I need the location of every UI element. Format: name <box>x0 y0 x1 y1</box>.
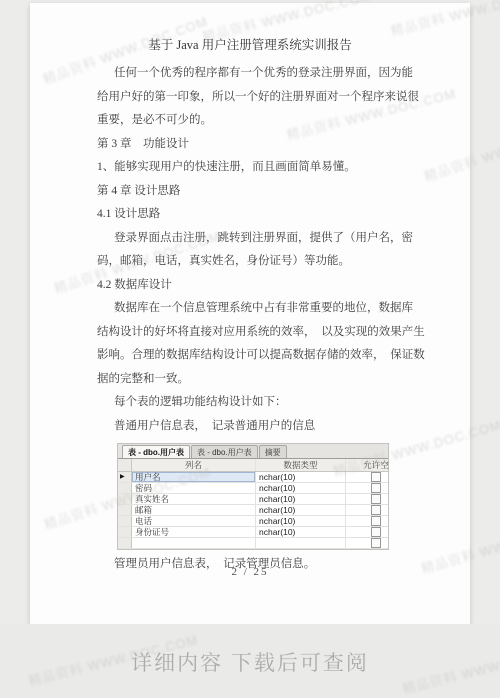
designer-tab: 表 - dbo.用户表 <box>122 445 190 458</box>
row-selector <box>118 494 132 504</box>
row-selector-header <box>118 459 132 471</box>
allow-null-cell <box>346 472 406 482</box>
data-type-cell: nchar(10) <box>256 505 346 515</box>
row-selector <box>118 505 132 515</box>
row-selector-current: ▶ <box>118 472 132 482</box>
designer-tab: 表 - dbo.用户表 <box>191 445 258 458</box>
doc-text-line: 4.1 设计思路 <box>97 203 434 227</box>
grid-column-header: 允许空 <box>346 459 406 471</box>
designer-tab-strip: 表 - dbo.用户表表 - dbo.用户表摘要 <box>118 444 388 459</box>
allow-null-cell <box>346 538 406 548</box>
footer-hint-text: 详细内容 下载后可查阅 <box>0 647 500 677</box>
allow-null-checkbox <box>371 527 381 537</box>
grid-header-row: 列名数据类型允许空 <box>118 459 388 472</box>
document-content: 基于 Java 用户注册管理系统实训报告任何一个优秀的程序都有一个优秀的登录注册… <box>97 32 434 577</box>
data-type-cell: nchar(10) <box>256 472 346 482</box>
doc-text-line: 重要，是必不可少的。 <box>97 109 434 133</box>
doc-text-line: 数据库在一个信息管理系统中占有非常重要的地位，数据库 <box>97 297 434 321</box>
allow-null-cell <box>346 516 406 526</box>
page-number: 2 / 25 <box>30 566 470 578</box>
grid-column-header: 数据类型 <box>256 459 346 471</box>
doc-text-line: 据的完整和一致。 <box>97 368 434 392</box>
doc-text-line: 第 4 章 设计思路 <box>97 180 434 204</box>
allow-null-cell <box>346 494 406 504</box>
data-type-cell: nchar(10) <box>256 483 346 493</box>
grid-row <box>118 538 388 549</box>
designer-tab: 摘要 <box>259 445 287 458</box>
row-selector <box>118 516 132 526</box>
grid-column-header: 列名 <box>132 459 256 471</box>
grid-row: ▶用户名nchar(10) <box>118 472 388 483</box>
row-selector <box>118 527 132 537</box>
row-selector <box>118 483 132 493</box>
current-row-arrow-icon: ▶ <box>120 472 125 482</box>
doc-text-line: 4.2 数据库设计 <box>97 274 434 298</box>
column-name-cell <box>132 538 256 548</box>
allow-null-checkbox <box>371 483 381 493</box>
column-name-cell: 用户名 <box>132 472 256 482</box>
column-name-cell: 身份证号 <box>132 527 256 537</box>
allow-null-checkbox <box>371 505 381 515</box>
grid-row: 密码nchar(10) <box>118 483 388 494</box>
data-type-cell: nchar(10) <box>256 527 346 537</box>
column-name-cell: 邮箱 <box>132 505 256 515</box>
doc-text-line: 任何一个优秀的程序都有一个优秀的登录注册界面，因为能 <box>97 62 434 86</box>
allow-null-checkbox <box>371 516 381 526</box>
doc-text-line: 影响。合理的数据库结构设计可以提高数据存储的效率， 保证数 <box>97 344 434 368</box>
doc-text-line: 给用户好的第一印象，所以一个好的注册界面对一个程序来说很 <box>97 86 434 110</box>
allow-null-cell <box>346 505 406 515</box>
column-name-cell: 电话 <box>132 516 256 526</box>
doc-text-line: 第 3 章 功能设计 <box>97 133 434 157</box>
doc-text-line: 登录界面点击注册，跳转到注册界面，提供了（用户名，密 <box>97 227 434 251</box>
grid-row: 真实姓名nchar(10) <box>118 494 388 505</box>
designer-grid: 列名数据类型允许空▶用户名nchar(10)密码nchar(10)真实姓名nch… <box>118 459 388 549</box>
db-designer-screenshot: 表 - dbo.用户表表 - dbo.用户表摘要列名数据类型允许空▶用户名nch… <box>117 443 389 550</box>
data-type-cell: nchar(10) <box>256 494 346 504</box>
allow-null-checkbox <box>371 538 381 548</box>
data-type-cell: nchar(10) <box>256 516 346 526</box>
doc-title: 基于 Java 用户注册管理系统实训报告 <box>30 32 470 59</box>
doc-text-line: 1、能够实现用户的快速注册，而且画面简单易懂。 <box>97 156 434 180</box>
grid-row: 邮箱nchar(10) <box>118 505 388 516</box>
grid-row: 电话nchar(10) <box>118 516 388 527</box>
footer-bar: 详细内容 下载后可查阅 <box>0 624 500 698</box>
column-name-cell: 真实姓名 <box>132 494 256 504</box>
document-page: 基于 Java 用户注册管理系统实训报告任何一个优秀的程序都有一个优秀的登录注册… <box>30 3 470 624</box>
doc-text-line: 每个表的逻辑功能结构设计如下： <box>97 391 434 415</box>
doc-text-line: 码，邮箱，电话，真实姓名，身份证号）等功能。 <box>97 250 434 274</box>
grid-row: 身份证号nchar(10) <box>118 527 388 538</box>
column-name-cell: 密码 <box>132 483 256 493</box>
allow-null-checkbox <box>371 472 381 482</box>
doc-text-line: 结构设计的好坏将直接对应用系统的效率， 以及实现的效果产生 <box>97 321 434 345</box>
allow-null-checkbox <box>371 494 381 504</box>
doc-text-line: 普通用户信息表， 记录普通用户的信息 <box>97 415 434 439</box>
allow-null-cell <box>346 527 406 537</box>
row-selector <box>118 538 132 548</box>
document-preview[interactable]: 基于 Java 用户注册管理系统实训报告任何一个优秀的程序都有一个优秀的登录注册… <box>0 0 500 698</box>
data-type-cell <box>256 538 346 548</box>
allow-null-cell <box>346 483 406 493</box>
